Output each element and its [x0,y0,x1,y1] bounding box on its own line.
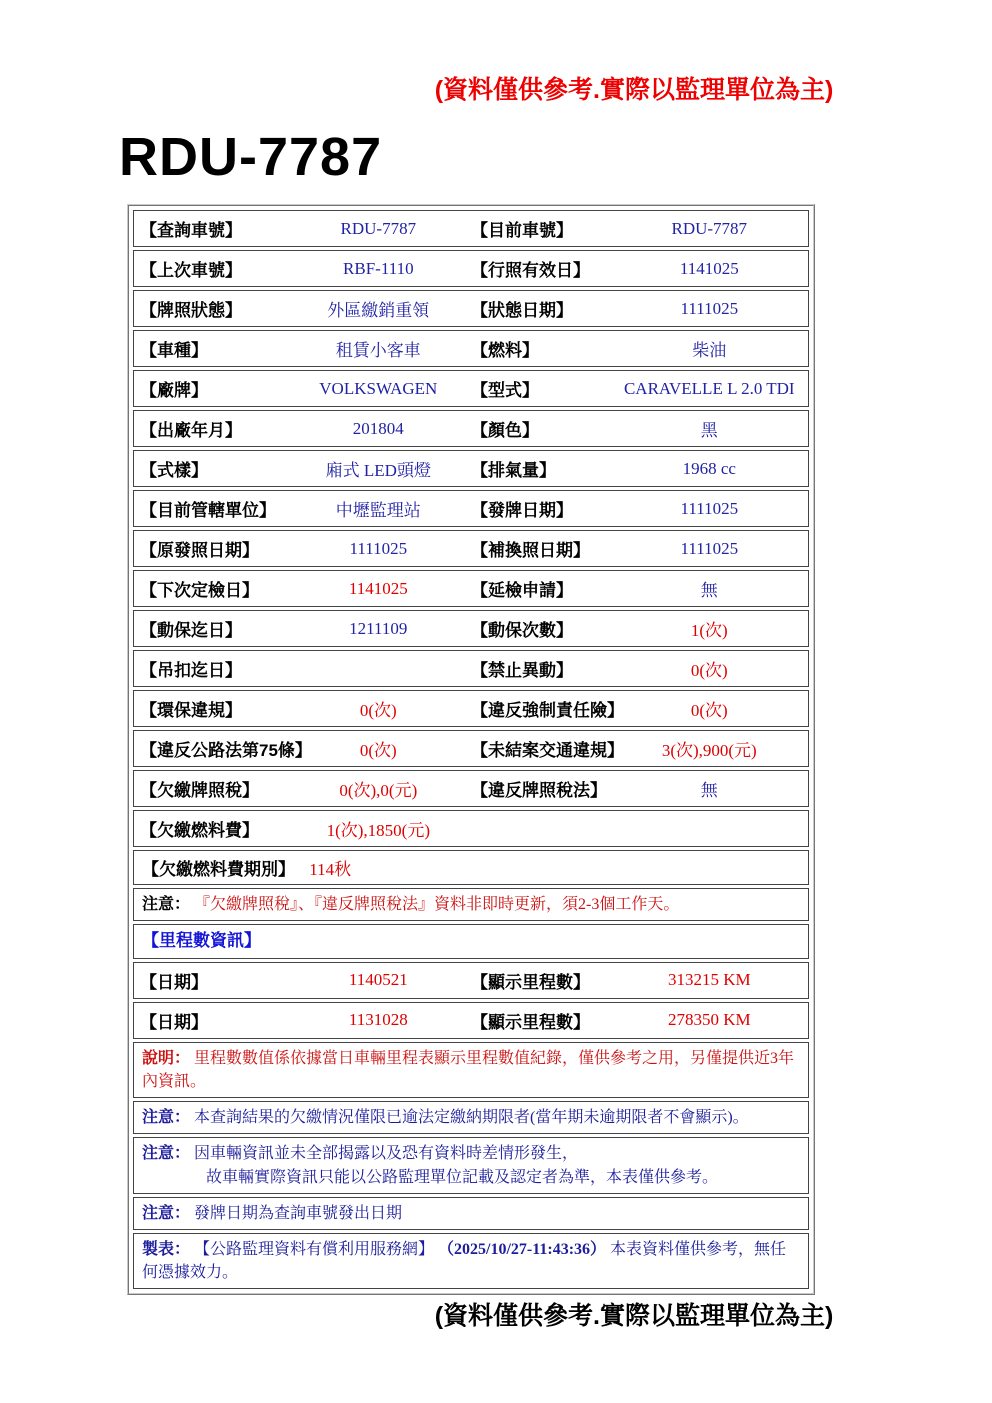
field-value: CARAVELLE L 2.0 TDI [617,379,802,399]
note-prefix: 注意： [142,1145,190,1162]
mileage-section-header-row: 【里程數資訊】 [133,924,809,959]
field-value: 0(次),0(元) [286,776,471,801]
field-value: 1111025 [617,299,802,319]
field-label: 【日期】 [140,1008,286,1033]
field-value: RBF-1110 [286,259,471,279]
field-label: 【發牌日期】 [471,496,617,521]
table-row: 【查詢車號】 RDU-7787 【目前車號】 RDU-7787 [133,210,809,247]
field-label: 【延檢申請】 [471,576,617,601]
field-label: 【禁止異動】 [471,656,617,681]
note-prefix: 說明： [142,1050,190,1067]
field-value: 201804 [286,419,471,439]
field-value: 1111025 [286,539,471,559]
field-label: 【未結案交通違規】 [471,736,617,761]
field-label: 【違反公路法第75條】 [140,736,286,761]
fuel-period-row: 【欠繳燃料費期別】 114秋 [133,850,809,885]
made-by-site: 【公路監理資料有償利用服務網】 [194,1241,434,1258]
field-label: 【欠繳燃料費期別】 [142,860,295,879]
field-label: 【式樣】 [140,456,286,481]
field-label: 【原發照日期】 [140,536,286,561]
field-value: RDU-7787 [286,219,471,239]
table-row: 【原發照日期】 1111025 【補換照日期】 1111025 [133,530,809,567]
note-data-disclosure: 注意： 因車輛資訊並未全部揭露以及恐有資料時差情形發生， 故車輛實際資訊只能以公… [133,1137,809,1193]
table-row: 【上次車號】 RBF-1110 【行照有效日】 1141025 [133,250,809,287]
field-value: 0(次) [617,696,802,721]
field-value: 0(次) [286,696,471,721]
table-row: 【違反公路法第75條】 0(次) 【未結案交通違規】 3(次),900(元) [133,730,809,767]
field-label: 【欠繳牌照稅】 [140,776,286,801]
field-label: 【目前車號】 [471,216,617,241]
field-label: 【目前管轄單位】 [140,496,286,521]
field-value: 中壢監理站 [286,496,471,521]
field-label: 【下次定檢日】 [140,576,286,601]
note-issue-date: 注意： 發牌日期為查詢車號發出日期 [133,1197,809,1230]
bottom-disclaimer: (資料僅供參考.實際以監理單位為主) [388,1296,880,1332]
table-row: 【出廠年月】 201804 【顏色】 黑 [133,410,809,447]
field-label: 【排氣量】 [471,456,617,481]
field-value: 1141025 [617,259,802,279]
field-value: 0(次) [286,736,471,761]
field-label: 【違反強制責任險】 [471,696,617,721]
field-label: 【狀態日期】 [471,296,617,321]
note-text: 『欠繳牌照稅』、『違反牌照稅法』資料非即時更新，須2-3個工作天。 [194,896,679,913]
table-row: 【式樣】 廂式 LED頭燈 【排氣量】 1968 cc [133,450,809,487]
table-row: 【牌照狀態】 外區繳銷重領 【狀態日期】 1111025 [133,290,809,327]
field-label: 【動保迄日】 [140,616,286,641]
field-label: 【違反牌照稅法】 [471,776,617,801]
field-value: 柴油 [617,336,802,361]
field-label: 【型式】 [471,376,617,401]
field-value: 1211109 [286,619,471,639]
field-value: 1141025 [286,579,471,599]
field-value: 1968 cc [617,459,802,479]
note-text: 里程數數值係依據當日車輛里程表顯示里程數值紀錄，僅供參考之用，另僅提供近3年內資… [142,1050,794,1090]
field-label: 【補換照日期】 [471,536,617,561]
note-overdue-scope: 注意： 本查詢結果的欠繳情況僅限已逾法定繳納期限者(當年期未逾期限者不會顯示)。 [133,1101,809,1134]
field-value: 黑 [617,416,802,441]
field-value: 1(次),1850(元) [286,816,471,841]
field-label: 【行照有效日】 [471,256,617,281]
made-by-row: 製表： 【公路監理資料有償利用服務網】 （2025/10/27-11:43:36… [133,1233,809,1289]
mileage-section-header: 【里程數資訊】 [142,931,261,950]
field-value: 1111025 [617,499,802,519]
field-label: 【顯示里程數】 [471,1008,617,1033]
field-value: VOLKSWAGEN [286,379,471,399]
field-value: 114秋 [309,860,351,879]
field-label: 【顏色】 [471,416,617,441]
note-text: 本查詢結果的欠繳情況僅限已逾法定繳納期限者(當年期未逾期限者不會顯示)。 [194,1109,749,1126]
field-label: 【車種】 [140,336,286,361]
field-label: 【查詢車號】 [140,216,286,241]
field-value: 租賃小客車 [286,336,471,361]
made-by-datetime: （2025/10/27-11:43:36） [438,1241,606,1258]
note-prefix: 注意： [142,896,190,913]
field-value: 1111025 [617,539,802,559]
field-label: 【環保違規】 [140,696,286,721]
field-value: 313215 KM [617,970,802,990]
table-row: 【車種】 租賃小客車 【燃料】 柴油 [133,330,809,367]
field-value: 1140521 [286,970,471,990]
note-prefix: 注意： [142,1205,190,1222]
field-value: 1(次) [617,616,802,641]
top-disclaimer: (資料僅供參考.實際以監理單位為主) [388,70,880,106]
field-value: RDU-7787 [617,219,802,239]
note-tax-update: 注意： 『欠繳牌照稅』、『違反牌照稅法』資料非即時更新，須2-3個工作天。 [133,888,809,921]
table-row: 【廠牌】 VOLKSWAGEN 【型式】 CARAVELLE L 2.0 TDI [133,370,809,407]
table-row: 【吊扣迄日】 【禁止異動】 0(次) [133,650,809,687]
field-value: 廂式 LED頭燈 [286,456,471,481]
field-value: 無 [617,776,802,801]
field-value: 1131028 [286,1010,471,1030]
mileage-row: 【日期】 1131028 【顯示里程數】 278350 KM [133,1002,809,1039]
field-value: 無 [617,576,802,601]
page-title: RDU-7787 [119,126,382,188]
field-label: 【動保次數】 [471,616,617,641]
field-value: 0(次) [617,656,802,681]
vehicle-info-table: 【查詢車號】 RDU-7787 【目前車號】 RDU-7787 【上次車號】 R… [127,204,815,1295]
field-label: 【廠牌】 [140,376,286,401]
field-label: 【日期】 [140,968,286,993]
note-text: 故車輛實際資訊只能以公路監理單位記載及認定者為準，本表僅供參考。 [142,1166,800,1189]
table-row: 【環保違規】 0(次) 【違反強制責任險】 0(次) [133,690,809,727]
field-label: 【吊扣迄日】 [140,656,286,681]
field-label: 【燃料】 [471,336,617,361]
field-value: 278350 KM [617,1010,802,1030]
field-label: 【出廠年月】 [140,416,286,441]
field-label: 【顯示里程數】 [471,968,617,993]
table-row: 【欠繳燃料費】 1(次),1850(元) [133,810,809,847]
note-prefix: 注意： [142,1109,190,1126]
made-by-prefix: 製表： [142,1241,190,1258]
field-label: 【上次車號】 [140,256,286,281]
note-text: 因車輛資訊並未全部揭露以及恐有資料時差情形發生， [194,1145,578,1162]
table-row: 【動保迄日】 1211109 【動保次數】 1(次) [133,610,809,647]
table-row: 【下次定檢日】 1141025 【延檢申請】 無 [133,570,809,607]
table-row: 【欠繳牌照稅】 0(次),0(元) 【違反牌照稅法】 無 [133,770,809,807]
field-label: 【欠繳燃料費】 [140,816,286,841]
table-row: 【目前管轄單位】 中壢監理站 【發牌日期】 1111025 [133,490,809,527]
note-text: 發牌日期為查詢車號發出日期 [194,1205,402,1222]
mileage-row: 【日期】 1140521 【顯示里程數】 313215 KM [133,962,809,999]
field-value: 3(次),900(元) [617,736,802,761]
field-label: 【牌照狀態】 [140,296,286,321]
note-mileage-explanation: 說明： 里程數數值係依據當日車輛里程表顯示里程數值紀錄，僅供參考之用，另僅提供近… [133,1042,809,1098]
field-value: 外區繳銷重領 [286,296,471,321]
